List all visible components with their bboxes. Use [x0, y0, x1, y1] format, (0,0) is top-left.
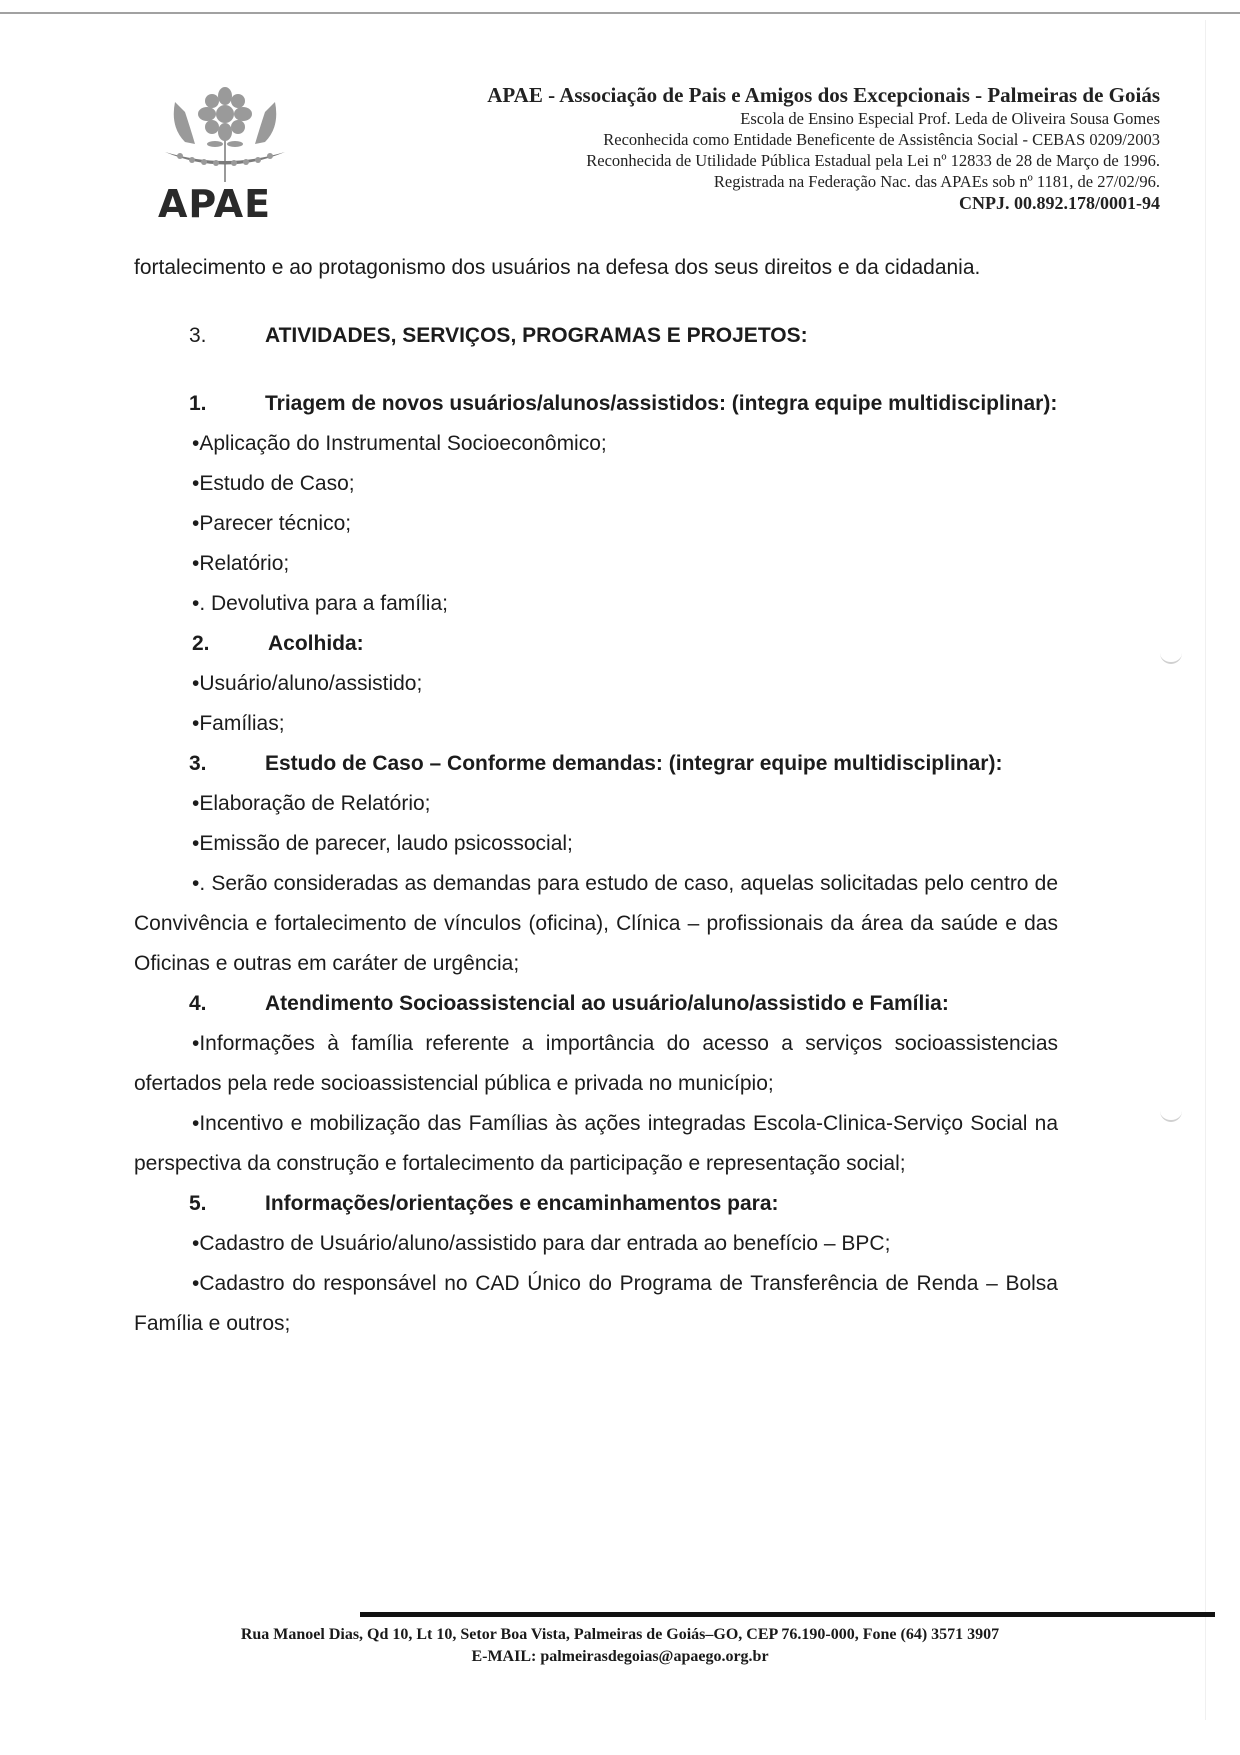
section-heading: 3.ATIVIDADES, SERVIÇOS, PROGRAMAS E PROJ…	[134, 316, 1058, 356]
cnpj: CNPJ. 00.892.178/0001-94	[487, 192, 1160, 214]
item-4-heading: 4.Atendimento Socioassistencial ao usuár…	[134, 984, 1058, 1024]
list-item: •Usuário/aluno/assistido;	[134, 664, 1058, 704]
scan-artifact-line	[1205, 20, 1206, 1720]
federation-registration: Registrada na Federação Nac. das APAEs s…	[487, 171, 1160, 192]
item-number: 3.	[189, 744, 265, 784]
list-item: •Informações à família referente a impor…	[134, 1024, 1058, 1104]
list-item: •. Devolutiva para a família;	[134, 584, 1058, 624]
item-title: Triagem de novos usuários/alunos/assisti…	[265, 392, 1057, 415]
item-number: 2.	[192, 624, 268, 664]
apae-logo: APAE	[150, 82, 300, 232]
list-item: •Parecer técnico;	[134, 504, 1058, 544]
intro-paragraph: fortalecimento e ao protagonismo dos usu…	[134, 248, 1058, 288]
section-title: ATIVIDADES, SERVIÇOS, PROGRAMAS E PROJET…	[265, 324, 808, 347]
section-number: 3.	[189, 316, 265, 356]
footer-divider	[360, 1612, 1215, 1617]
list-item: •Relatório;	[134, 544, 1058, 584]
item-title: Estudo de Caso – Conforme demandas: (int…	[265, 752, 1002, 775]
document-body: fortalecimento e ao protagonismo dos usu…	[134, 248, 1058, 1344]
footer-email: E-MAIL: palmeirasdegoias@apaego.org.br	[0, 1646, 1240, 1668]
item-number: 1.	[189, 384, 265, 424]
item-title: Atendimento Socioassistencial ao usuário…	[265, 992, 949, 1015]
footer-address: Rua Manoel Dias, Qd 10, Lt 10, Setor Boa…	[0, 1624, 1240, 1646]
flower-hands-icon	[150, 82, 300, 182]
list-item: •Emissão de parecer, laudo psicossocial;	[134, 824, 1058, 864]
school-name: Escola de Ensino Especial Prof. Leda de …	[487, 108, 1160, 129]
public-utility-law: Reconhecida de Utilidade Pública Estadua…	[487, 150, 1160, 171]
item-number: 4.	[189, 984, 265, 1024]
footer: Rua Manoel Dias, Qd 10, Lt 10, Setor Boa…	[0, 1624, 1240, 1668]
item-title: Acolhida:	[268, 632, 364, 655]
item-5-heading: 5.Informações/orientações e encaminhamen…	[134, 1184, 1058, 1224]
organization-name: APAE - Associação de Pais e Amigos dos E…	[487, 82, 1160, 108]
list-item: •. Serão consideradas as demandas para e…	[134, 864, 1058, 984]
item-3-heading: 3.Estudo de Caso – Conforme demandas: (i…	[134, 744, 1058, 784]
item-2-heading: 2.Acolhida:	[134, 624, 1058, 664]
list-item: •Estudo de Caso;	[134, 464, 1058, 504]
cebas-registration: Reconhecida como Entidade Beneficente de…	[487, 129, 1160, 150]
item-number: 5.	[189, 1184, 265, 1224]
logo-wordmark: APAE	[158, 182, 271, 226]
letterhead: APAE - Associação de Pais e Amigos dos E…	[487, 82, 1160, 214]
list-item: •Elaboração de Relatório;	[134, 784, 1058, 824]
list-item: •Cadastro de Usuário/aluno/assistido par…	[134, 1224, 1058, 1264]
list-item: •Famílias;	[134, 704, 1058, 744]
punch-hole-mark	[1160, 1108, 1182, 1122]
item-1-heading: 1.Triagem de novos usuários/alunos/assis…	[134, 384, 1058, 424]
punch-hole-mark	[1160, 650, 1182, 664]
item-title: Informações/orientações e encaminhamento…	[265, 1192, 779, 1215]
list-item: •Incentivo e mobilização das Famílias às…	[134, 1104, 1058, 1184]
page-top-border	[0, 12, 1240, 14]
list-item: •Cadastro do responsável no CAD Único do…	[134, 1264, 1058, 1344]
list-item: •Aplicação do Instrumental Socioeconômic…	[134, 424, 1058, 464]
